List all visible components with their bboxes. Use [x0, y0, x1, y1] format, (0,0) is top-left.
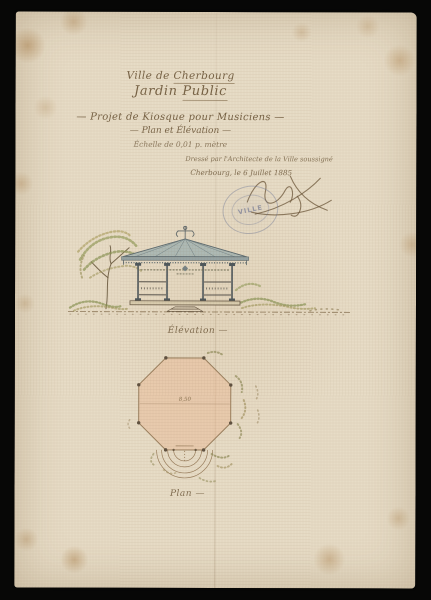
kiosk-elevation	[121, 226, 248, 311]
scan-background: { "document": { "header": { "city_pre": …	[0, 0, 431, 600]
paper-sheet: Ville de Cherbourg Jardin Public — Proje…	[14, 11, 417, 588]
city-title-pre: Ville de	[127, 70, 174, 82]
tree-left	[78, 231, 142, 309]
garden-title-name: Public	[182, 84, 227, 101]
project-title: — Projet de Kiosque pour Musiciens —	[15, 111, 345, 123]
attribution-line: Dressé par l'Architecte de la Ville sous…	[185, 155, 360, 163]
kiosk-platform-steps	[130, 301, 240, 312]
city-title-name: Cherbourg	[173, 70, 234, 84]
city-title: Ville de Cherbourg	[16, 69, 346, 82]
ground-line	[68, 312, 352, 315]
plan-caption: Plan —	[147, 489, 227, 499]
subtitle: — Plan et Élévation —	[15, 125, 345, 136]
plan-drawing: 8,50	[119, 350, 279, 498]
kiosk-balustrade	[139, 282, 231, 295]
kiosk-frieze	[141, 265, 229, 274]
elevation-caption: Élévation —	[158, 326, 238, 336]
kiosk-roof	[122, 239, 249, 265]
garden-title-pre: Jardin	[134, 84, 182, 99]
plan-dimension-label: 8,50	[179, 397, 192, 403]
plan-octagon: 8,50	[137, 356, 233, 452]
garden-title: Jardin Public	[16, 83, 346, 99]
shrubs	[70, 283, 342, 311]
scale-note: Échelle de 0,01 p. mètre	[15, 139, 345, 149]
title-block: Ville de Cherbourg Jardin Public — Proje…	[15, 69, 345, 149]
